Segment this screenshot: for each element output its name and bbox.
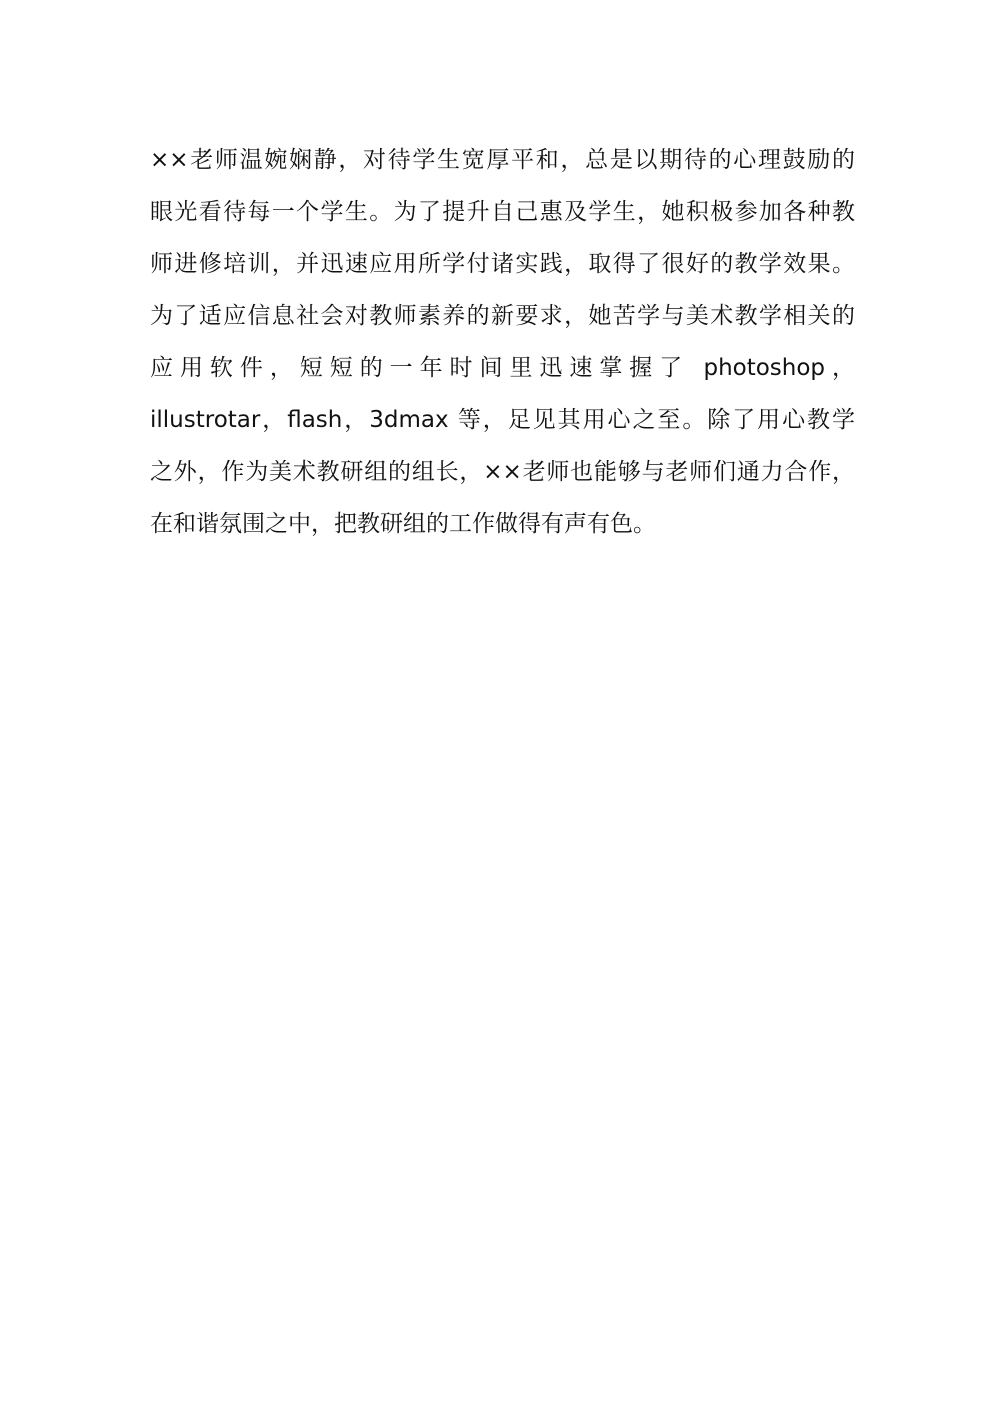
document-page: ××老师温婉娴静，对待学生宽厚平和，总是以期待的心理鼓励的 眼光看待每一个学生。… — [0, 0, 1000, 1415]
paragraph-line: ××老师温婉娴静，对待学生宽厚平和，总是以期待的心理鼓励的 — [150, 134, 855, 186]
paragraph-line: 师进修培训，并迅速应用所学付诸实践，取得了很好的教学效果。 — [150, 238, 855, 290]
paragraph-line: 眼光看待每一个学生。为了提升自己惠及学生，她积极参加各种教 — [150, 186, 855, 238]
paragraph-line: 在和谐氛围之中，把教研组的工作做得有声有色。 — [150, 498, 855, 550]
paragraph: ××老师温婉娴静，对待学生宽厚平和，总是以期待的心理鼓励的 眼光看待每一个学生。… — [150, 134, 855, 550]
paragraph-line: 之外，作为美术教研组的组长，××老师也能够与老师们通力合作， — [150, 446, 855, 498]
paragraph-line: 为了适应信息社会对教师素养的新要求，她苦学与美术教学相关的 — [150, 290, 855, 342]
paragraph-line: 应用软件，短短的一年时间里迅速掌握了 photoshop， — [150, 342, 855, 394]
paragraph-line: illustrotar，flash，3dmax 等，足见其用心之至。除了用心教学 — [150, 394, 855, 446]
